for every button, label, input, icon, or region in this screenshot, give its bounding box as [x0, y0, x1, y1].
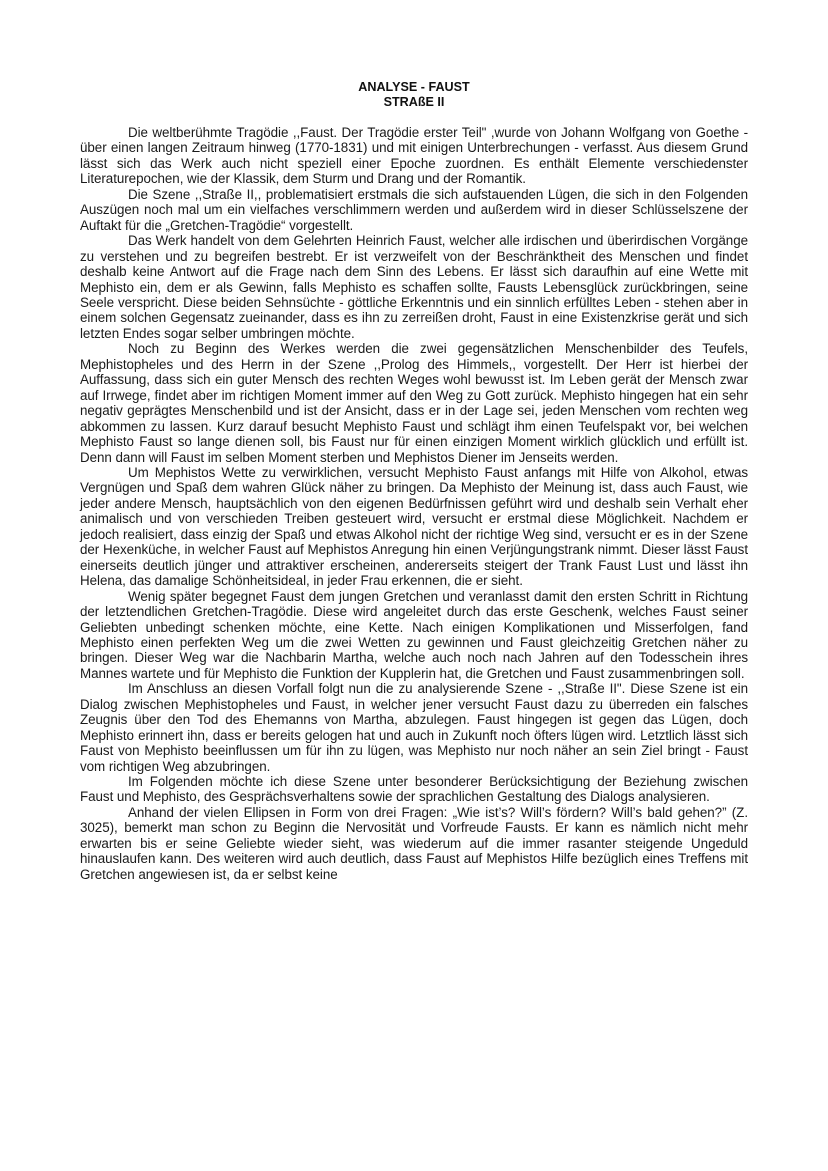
paragraph-introduction: Die weltberühmte Tragödie ,,Faust. Der T…	[80, 125, 748, 187]
title-block: ANALYSE - FAUST STRAßE II	[80, 80, 748, 110]
paragraph-prolog: Noch zu Beginn des Werkes werden die zwe…	[80, 341, 748, 465]
paragraph-thesis: Im Folgenden möchte ich diese Szene unte…	[80, 774, 748, 805]
document-page: ANALYSE - FAUST STRAßE II Die weltberühm…	[80, 80, 748, 882]
paragraph-mephisto-bet: Um Mephistos Wette zu verwirklichen, ver…	[80, 465, 748, 589]
document-subtitle: STRAßE II	[80, 95, 748, 110]
paragraph-scene-intro: Die Szene ,,Straße II,, problematisiert …	[80, 187, 748, 233]
document-title: ANALYSE - FAUST	[80, 80, 748, 95]
document-body: Die weltberühmte Tragödie ,,Faust. Der T…	[80, 125, 748, 882]
paragraph-scene-summary: Im Anschluss an diesen Vorfall folgt nun…	[80, 681, 748, 774]
paragraph-gretchen: Wenig später begegnet Faust dem jungen G…	[80, 589, 748, 682]
paragraph-analysis-start: Anhand der vielen Ellipsen in Form von d…	[80, 805, 748, 882]
paragraph-plot-faust: Das Werk handelt von dem Gelehrten Heinr…	[80, 233, 748, 341]
